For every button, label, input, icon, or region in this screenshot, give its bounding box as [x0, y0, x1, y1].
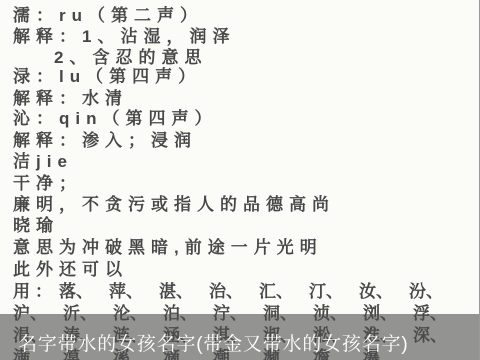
text-line-lu-entry: 渌：lu（第四声）: [13, 67, 201, 87]
text-line-additionally: 此外还可以: [13, 260, 128, 280]
caption-title: 名字带水的女孩名字(带金又带水的女孩名字): [18, 329, 408, 356]
text-line-name-example: 晓瑜: [13, 216, 59, 236]
char-item: 汇、: [259, 282, 309, 302]
text-line-qin-def: 解释：渗入；浸润: [13, 131, 197, 151]
text-line-ru-def-2: 2、含忍的意思: [54, 48, 207, 68]
char-row-items: 落、萍、湛、治、汇、汀、汝、汾、: [59, 282, 459, 302]
text-line-jie-def-1: 干净；: [13, 174, 82, 194]
char-item: 落、: [59, 282, 109, 302]
char-item: 汾、: [409, 282, 459, 302]
char-item: 汝、: [359, 282, 409, 302]
char-item: 湛、: [159, 282, 209, 302]
caption-overlay: 名字带水的女孩名字(带金又带水的女孩名字): [0, 314, 480, 360]
char-item: 萍、: [109, 282, 159, 302]
text-line-jie-def-2: 廉明，不贪污或指人的品德高尚: [13, 195, 335, 215]
text-line-ru-def-1: 解释：1、沾湿，润泽: [13, 27, 235, 47]
text-line-lu-def: 解释：水清: [13, 89, 128, 109]
char-item: 治、: [209, 282, 259, 302]
article-image: 濡：ru（第二声） 解释：1、沾湿，润泽 2、含忍的意思 渌：lu（第四声） 解…: [0, 0, 480, 360]
char-row-1: 用： 落、萍、湛、治、汇、汀、汝、汾、: [13, 282, 459, 302]
char-item: 汀、: [309, 282, 359, 302]
text-line-ru-entry: 濡：ru（第二声）: [13, 6, 203, 26]
text-line-qin-entry: 沁：qin（第四声）: [13, 109, 218, 129]
char-row-prefix: 用：: [13, 282, 59, 302]
text-line-jie-entry: 洁jie: [13, 152, 73, 172]
text-line-name-meaning: 意思为冲破黑暗,前途一片光明: [13, 238, 323, 258]
